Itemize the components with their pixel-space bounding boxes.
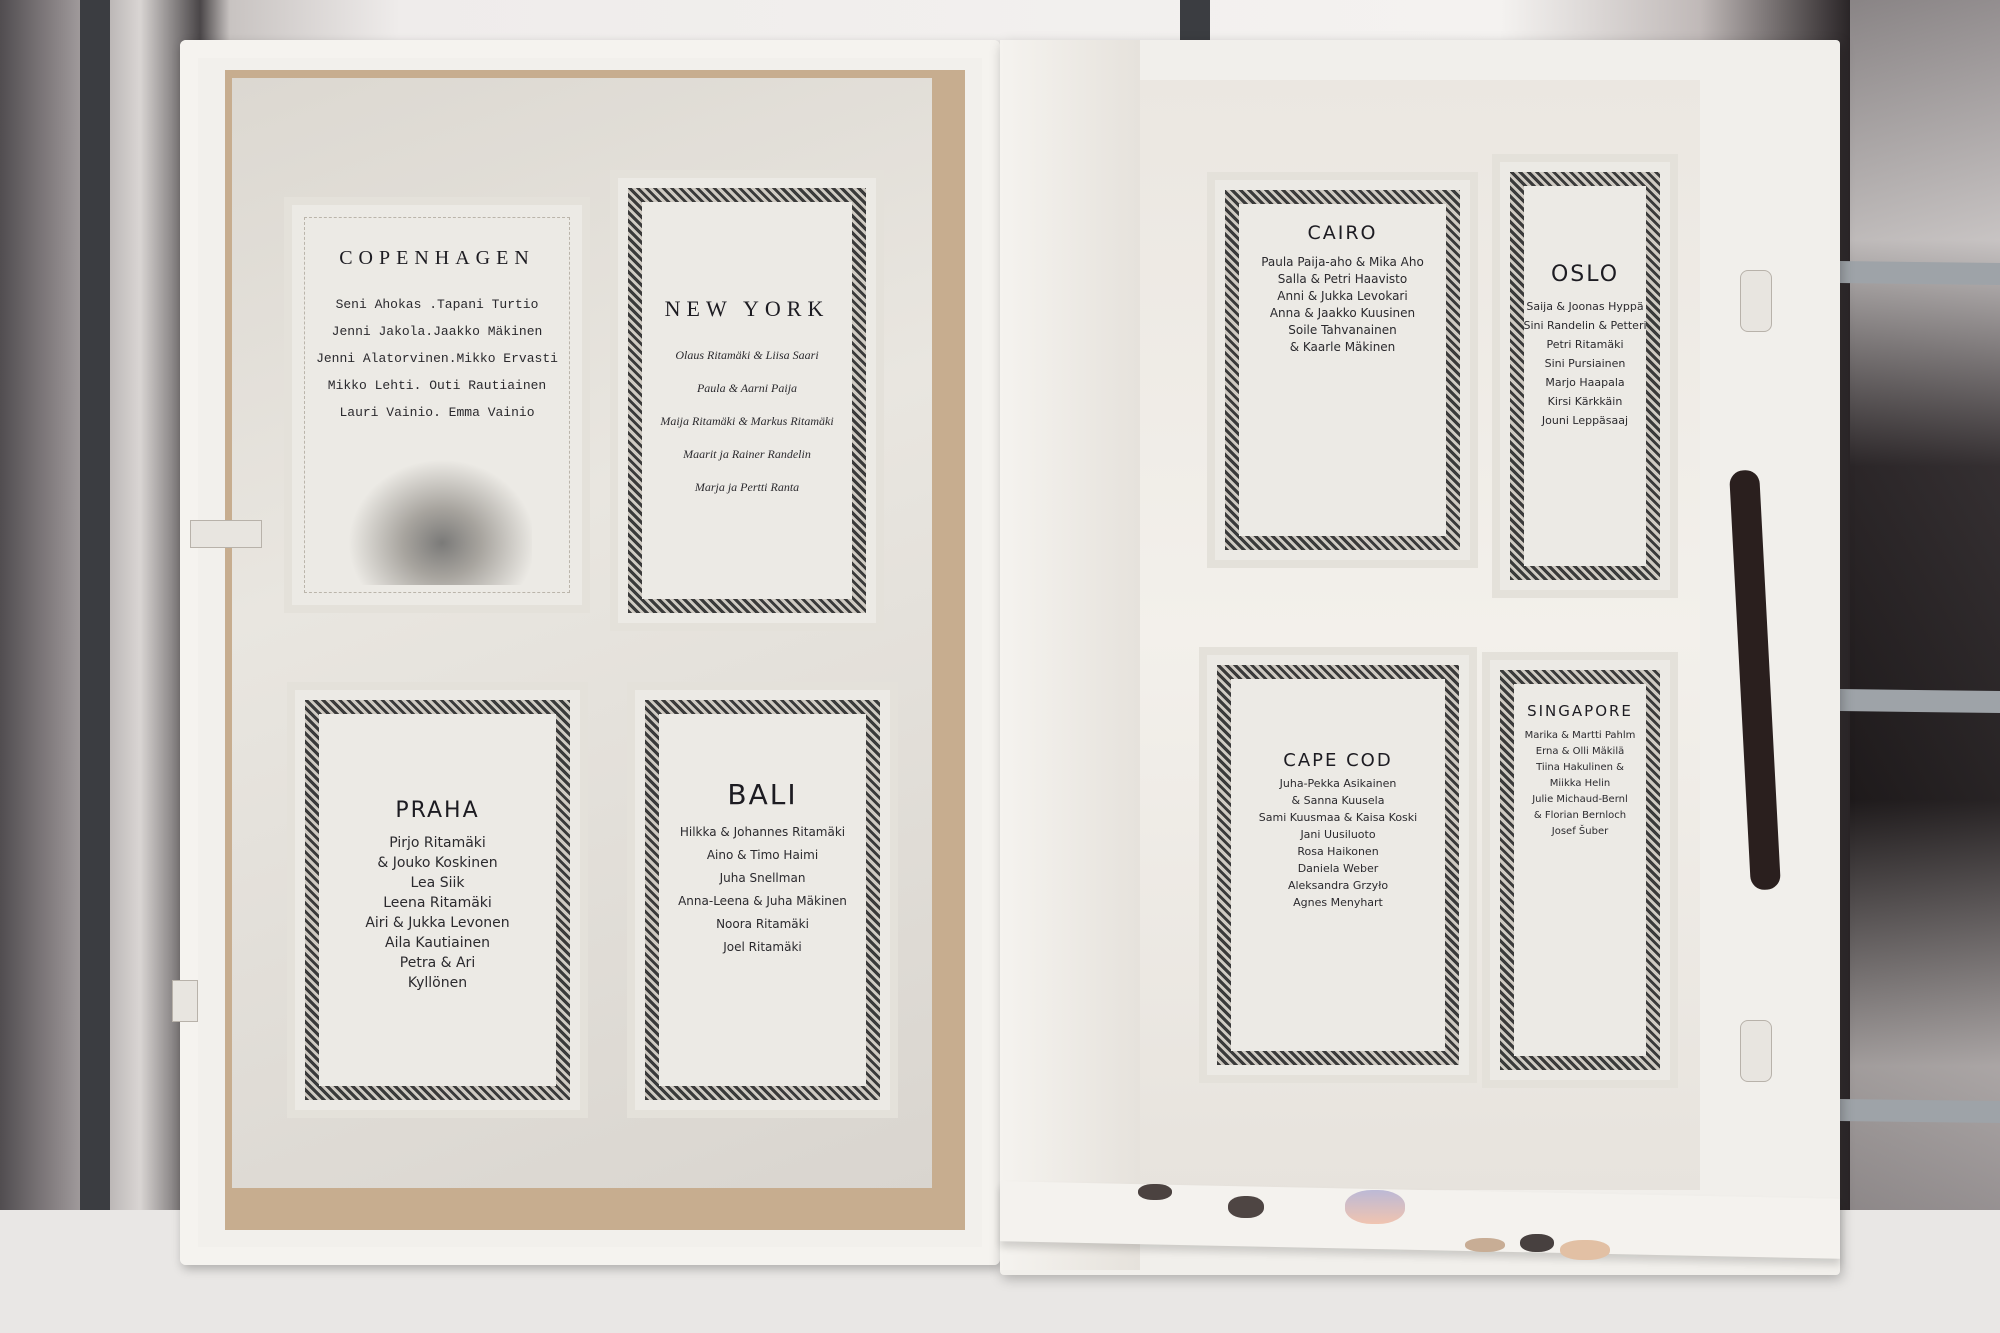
guest-name: Paula Paija-aho & Mika Aho <box>1215 255 1470 269</box>
guest-name: Salla & Petri Haavisto <box>1215 272 1470 286</box>
railing-bar <box>1840 261 2000 285</box>
seating-card-cape-cod: CAPE COD Juha-Pekka Asikainen & Sanna Ku… <box>1207 655 1469 1075</box>
guest-name: Olaus Ritamäki & Liisa Saari <box>618 348 876 363</box>
guest-name: Agnes Menyhart <box>1207 896 1469 909</box>
guest-name: Daniela Weber <box>1207 862 1469 875</box>
guest-name: Julie Michaud-Bernl <box>1490 794 1670 805</box>
guest-name: Juha-Pekka Asikainen <box>1207 777 1469 790</box>
guest-list: Paula Paija-aho & Mika Aho Salla & Petri… <box>1215 255 1470 366</box>
guest-list: Seni Ahokas .Tapani Turtio Jenni Jakola.… <box>292 297 582 432</box>
guest-name: Airi & Jukka Levonen <box>295 915 580 931</box>
guest-name: Pirjo Ritamäki <box>295 835 580 851</box>
guest-name: Miikka Helin <box>1490 778 1670 789</box>
guest-name: Seni Ahokas .Tapani Turtio <box>292 297 582 312</box>
guest-name: Jenni Jakola.Jaakko Mäkinen <box>292 324 582 339</box>
guest-name: & Florian Bernloch <box>1490 810 1670 821</box>
guest-name: Sami Kuusmaa & Kaisa Koski <box>1207 811 1469 824</box>
card-title: NEW YORK <box>618 296 876 322</box>
guest-name: Petra & Ari <box>295 955 580 971</box>
card-title: SINGAPORE <box>1490 702 1670 720</box>
guest-name: Soile Tahvanainen <box>1215 323 1470 337</box>
guest-name: Josef Šuber <box>1490 826 1670 837</box>
pebble <box>1465 1238 1505 1252</box>
card-title: CAIRO <box>1215 222 1470 244</box>
guest-list: Hilkka & Johannes Ritamäki Aino & Timo H… <box>635 825 890 966</box>
guest-name: Lauri Vainio. Emma Vainio <box>292 405 582 420</box>
guest-list: Marika & Martti Pahlm Erna & Olli Mäkilä… <box>1490 730 1670 849</box>
guest-name: Maija Ritamäki & Markus Ritamäki <box>618 414 876 429</box>
pebble <box>1138 1184 1172 1200</box>
seating-card-cairo: CAIRO Paula Paija-aho & Mika Aho Salla &… <box>1215 180 1470 560</box>
seating-card-praha: PRAHA Pirjo Ritamäki & Jouko Koskinen Le… <box>295 690 580 1110</box>
suitcase-side-wall <box>1000 40 1140 1270</box>
guest-name: Tiina Hakulinen & <box>1490 762 1670 773</box>
pebble <box>1520 1234 1554 1252</box>
guest-name: Kyllönen <box>295 975 580 991</box>
guest-name: Aleksandra Grzyło <box>1207 879 1469 892</box>
guest-name: Paula & Aarni Paija <box>618 381 876 396</box>
guest-name: Maarit ja Rainer Randelin <box>618 447 876 462</box>
guest-name: Noora Ritamäki <box>635 917 890 931</box>
guest-name: Marjo Haapala <box>1500 376 1670 389</box>
guest-name: Joel Ritamäki <box>635 940 890 954</box>
guest-name: Marja ja Pertti Ranta <box>618 480 876 495</box>
guest-name: Mikko Lehti. Outi Rautiainen <box>292 378 582 393</box>
guest-name: Anna & Jaakko Kuusinen <box>1215 306 1470 320</box>
guest-name: Sini Pursiainen <box>1500 357 1670 370</box>
guest-list: Juha-Pekka Asikainen & Sanna Kuusela Sam… <box>1207 777 1469 921</box>
guest-name: Sini Randelin & Petteri <box>1500 319 1670 332</box>
bird-nest-illustration <box>332 445 532 585</box>
seashell <box>1345 1190 1405 1224</box>
lock-plate <box>1740 270 1772 332</box>
lock-plate <box>1740 1020 1772 1082</box>
guest-name: & Kaarle Mäkinen <box>1215 340 1470 354</box>
guest-name: Anni & Jukka Levokari <box>1215 289 1470 303</box>
guest-name: Kirsi Kärkkäin <box>1500 395 1670 408</box>
guest-name: Marika & Martti Pahlm <box>1490 730 1670 741</box>
guest-name: Jani Uusiluoto <box>1207 828 1469 841</box>
guest-name: & Sanna Kuusela <box>1207 794 1469 807</box>
seating-card-bali: BALI Hilkka & Johannes Ritamäki Aino & T… <box>635 690 890 1110</box>
pebble <box>1228 1196 1264 1218</box>
window-frame-pole <box>80 0 110 1333</box>
guest-name: Lea Siik <box>295 875 580 891</box>
seating-card-copenhagen: COPENHAGEN Seni Ahokas .Tapani Turtio Je… <box>292 205 582 605</box>
guest-name: Saija & Joonas Hyppä <box>1500 300 1670 313</box>
guest-list: Olaus Ritamäki & Liisa Saari Paula & Aar… <box>618 348 876 507</box>
guest-name: Aino & Timo Haimi <box>635 848 890 862</box>
guest-name: Erna & Olli Mäkilä <box>1490 746 1670 757</box>
guest-name: Hilkka & Johannes Ritamäki <box>635 825 890 839</box>
seating-card-singapore: SINGAPORE Marika & Martti Pahlm Erna & O… <box>1490 660 1670 1080</box>
card-title: COPENHAGEN <box>292 247 582 270</box>
guest-name: Jouni Leppäsaaj <box>1500 414 1670 427</box>
background-dark-area <box>1850 0 2000 1333</box>
railing-bar <box>1840 1099 2000 1123</box>
card-title: OSLO <box>1500 262 1670 287</box>
latch-clasp <box>172 980 198 1022</box>
card-title: BALI <box>635 778 890 811</box>
guest-name: Petri Ritamäki <box>1500 338 1670 351</box>
guest-list: Pirjo Ritamäki & Jouko Koskinen Lea Siik… <box>295 835 580 1003</box>
window-frame-pole <box>1180 0 1210 40</box>
guest-name: Leena Ritamäki <box>295 895 580 911</box>
seashell <box>1560 1240 1610 1260</box>
railing-bar <box>1840 689 2000 713</box>
guest-name: Anna-Leena & Juha Mäkinen <box>635 894 890 908</box>
guest-name: & Jouko Koskinen <box>295 855 580 871</box>
guest-name: Jenni Alatorvinen.Mikko Ervasti <box>292 351 582 366</box>
guest-list: Saija & Joonas Hyppä Sini Randelin & Pet… <box>1500 300 1670 439</box>
seating-card-new-york: NEW YORK Olaus Ritamäki & Liisa Saari Pa… <box>618 178 876 623</box>
branch-floral-frame <box>1225 190 1460 550</box>
seating-card-oslo: OSLO Saija & Joonas Hyppä Sini Randelin … <box>1500 162 1670 590</box>
guest-name: Aila Kautiainen <box>295 935 580 951</box>
guest-name: Juha Snellman <box>635 871 890 885</box>
card-title: PRAHA <box>295 798 580 823</box>
card-title: CAPE COD <box>1207 750 1469 771</box>
latch-hinge <box>190 520 262 548</box>
guest-name: Rosa Haikonen <box>1207 845 1469 858</box>
